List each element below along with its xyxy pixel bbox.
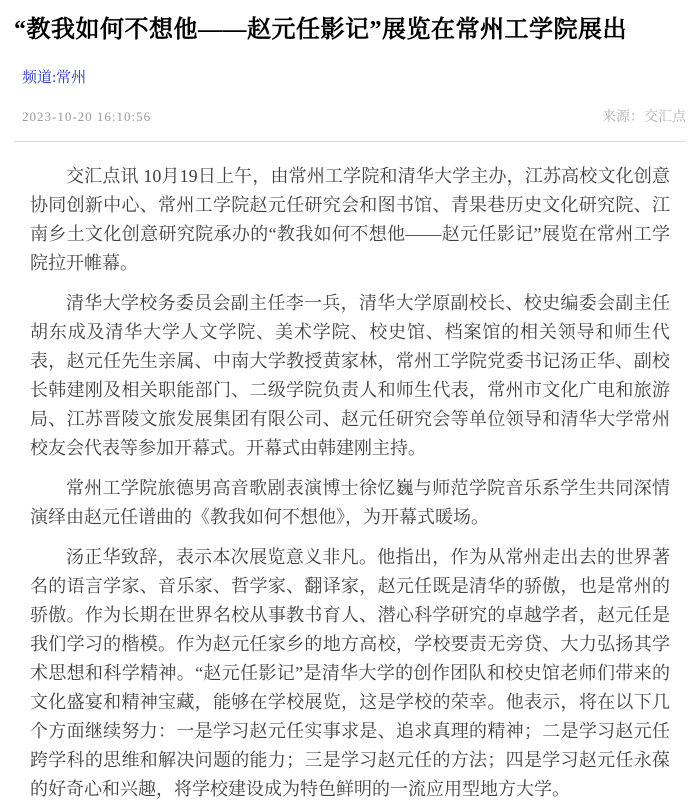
publish-timestamp: 2023-10-20 16:10:56 [22,109,151,125]
paragraph-4: 汤正华致辞，表示本次展览意义非凡。他指出，作为从常州走出去的世界著名的语言学家、… [30,543,670,800]
article-body: 交汇点讯 10月19日上午，由常州工学院和清华大学主办，江苏高校文化创意协同创新… [14,142,686,800]
channel-link[interactable]: 频道:常州 [22,70,86,86]
paragraph-3: 常州工学院旅德男高音歌剧表演博士徐忆巍与师范学院音乐系学生共同深情演绎由赵元任谱… [30,474,670,532]
page-title: “教我如何不想他——赵元任影记”展览在常州工学院展出 [14,14,686,46]
paragraph-1: 交汇点讯 10月19日上午，由常州工学院和清华大学主办，江苏高校文化创意协同创新… [30,162,670,278]
meta-row: 2023-10-20 16:10:56 来源：交汇点 [14,106,686,126]
article-page: “教我如何不想他——赵元任影记”展览在常州工学院展出 频道:常州 2023-10… [0,0,700,800]
channel-row: 频道:常州 [14,66,686,87]
source-label: 来源：交汇点 [602,106,686,126]
paragraph-2: 清华大学校务委员会副主任李一兵，清华大学原副校长、校史编委会副主任胡东成及清华大… [30,289,670,463]
